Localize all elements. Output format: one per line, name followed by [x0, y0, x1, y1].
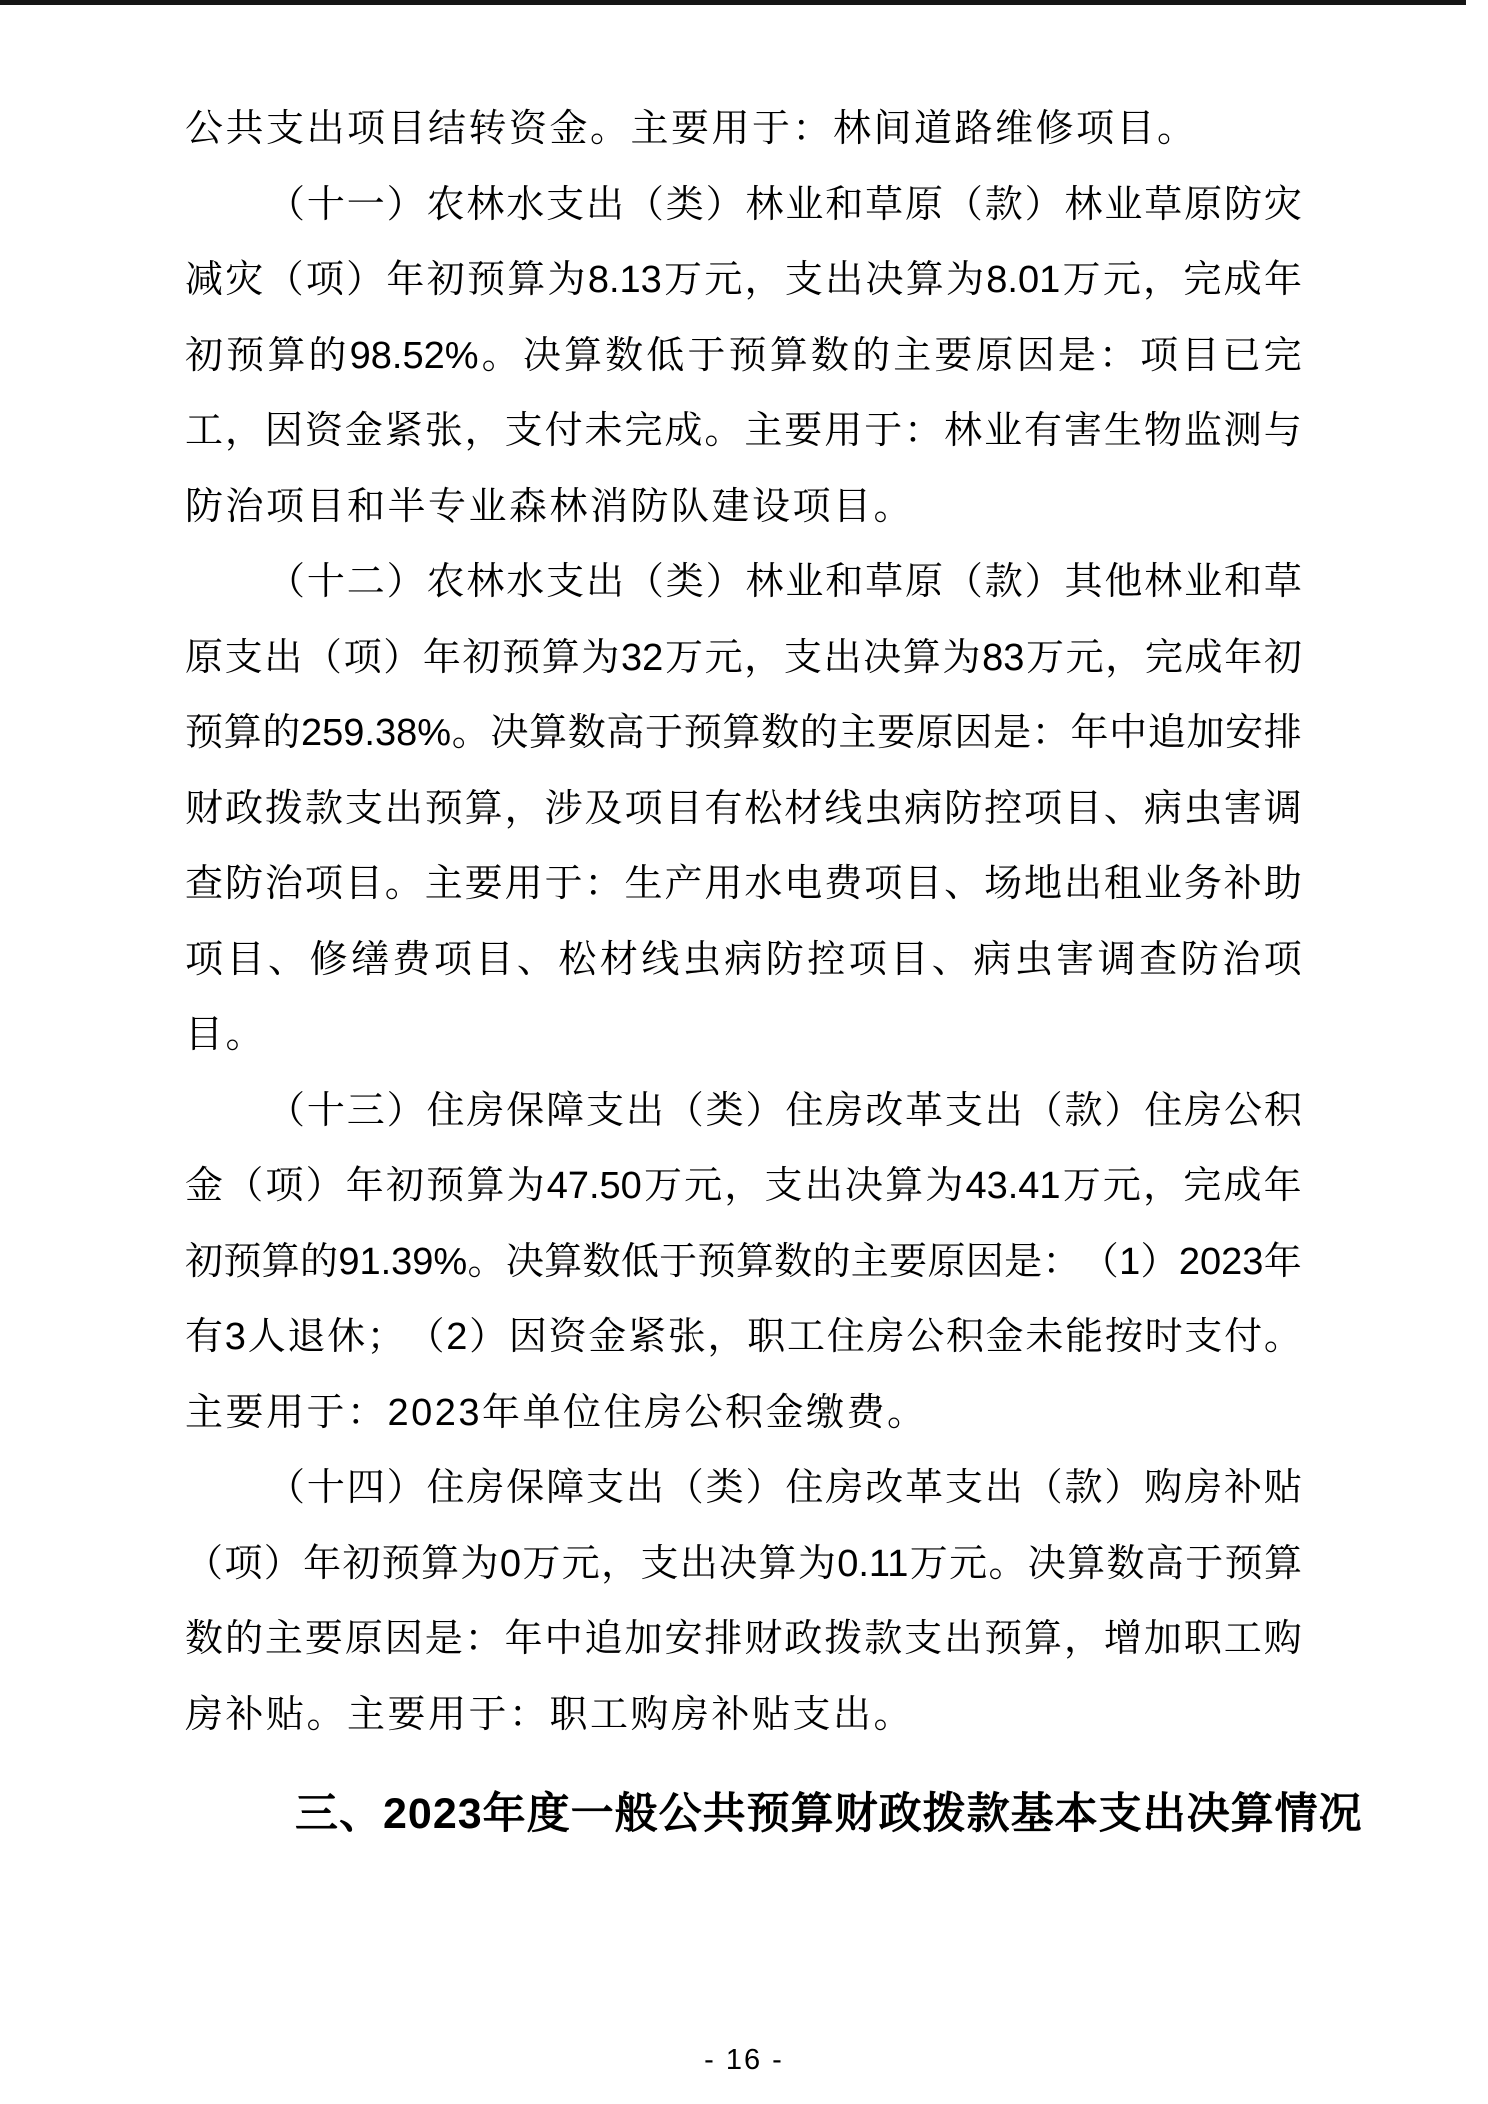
body-line: （十一）农林水支出（类）林业和草原（款）林业草原防灾 — [185, 168, 1302, 244]
page-number: - 16 - — [0, 2040, 1488, 2080]
body-line: 公共支出项目结转资金。主要用于：林间道路维修项目。 — [185, 92, 1302, 168]
body-line: （项）年初预算为0万元，支出决算为0.11万元。决算数高于预算 — [185, 1527, 1302, 1603]
body-line: 有3人退休；（2）因资金紧张，职工住房公积金未能按时支付。 — [185, 1300, 1302, 1376]
body-line: 初预算的91.39%。决算数低于预算数的主要原因是：（1）2023年 — [185, 1225, 1302, 1301]
body-text-block: 公共支出项目结转资金。主要用于：林间道路维修项目。 （十一）农林水支出（类）林业… — [185, 92, 1302, 1853]
body-line: 目。 — [185, 998, 1302, 1074]
scan-edge-artifact — [0, 0, 1466, 5]
body-line: 工，因资金紧张，支付未完成。主要用于：林业有害生物监测与 — [185, 394, 1302, 470]
section-heading: 三、2023年度一般公共预算财政拨款基本支出决算情况 — [185, 1777, 1302, 1853]
body-line: 原支出（项）年初预算为32万元，支出决算为83万元，完成年初 — [185, 621, 1302, 697]
body-line: 数的主要原因是：年中追加安排财政拨款支出预算，增加职工购 — [185, 1602, 1302, 1678]
body-line: （十四）住房保障支出（类）住房改革支出（款）购房补贴 — [185, 1451, 1302, 1527]
body-line: 预算的259.38%。决算数高于预算数的主要原因是：年中追加安排 — [185, 696, 1302, 772]
document-page: 公共支出项目结转资金。主要用于：林间道路维修项目。 （十一）农林水支出（类）林业… — [0, 0, 1488, 2104]
body-line: 查防治项目。主要用于：生产用水电费项目、场地出租业务补助 — [185, 847, 1302, 923]
body-line: （十二）农林水支出（类）林业和草原（款）其他林业和草 — [185, 545, 1302, 621]
body-line: 初预算的98.52%。决算数低于预算数的主要原因是：项目已完 — [185, 319, 1302, 395]
body-line: 金（项）年初预算为47.50万元，支出决算为43.41万元，完成年 — [185, 1149, 1302, 1225]
body-line: 房补贴。主要用于：职工购房补贴支出。 — [185, 1678, 1302, 1754]
body-line: 防治项目和半专业森林消防队建设项目。 — [185, 470, 1302, 546]
body-line: （十三）住房保障支出（类）住房改革支出（款）住房公积 — [185, 1074, 1302, 1150]
body-line: 主要用于：2023年单位住房公积金缴费。 — [185, 1376, 1302, 1452]
body-line: 项目、修缮费项目、松材线虫病防控项目、病虫害调查防治项 — [185, 923, 1302, 999]
body-line: 财政拨款支出预算，涉及项目有松材线虫病防控项目、病虫害调 — [185, 772, 1302, 848]
body-line: 减灾（项）年初预算为8.13万元，支出决算为8.01万元，完成年 — [185, 243, 1302, 319]
